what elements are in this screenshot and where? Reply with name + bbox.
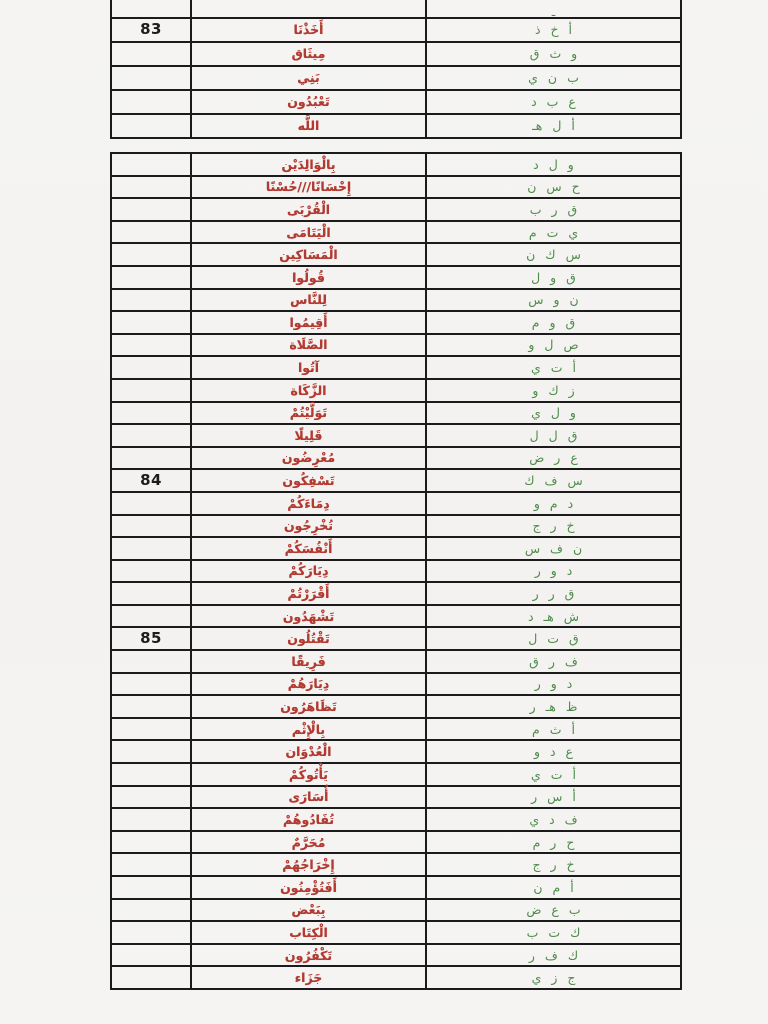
table-row: أَقِيمُواق و م [111,311,681,334]
table-row: لِلنَّاسن و س [111,289,681,312]
word-cell: لِلنَّاس [191,289,426,312]
word-cell: أَقْرَرْتُمْ [191,582,426,605]
table-row: تَوَلَّيْتُمْو ل ي [111,402,681,425]
word-cell: تَسْفِكُون [191,469,426,492]
root-cell: ق ر ر [426,582,681,605]
word-cell: الْعُدْوَان [191,740,426,763]
root-cell: أ ت ي [426,356,681,379]
root-cell: ق و ل [426,266,681,289]
verse-number-cell [111,808,191,831]
word-cell: بِبَعْض [191,899,426,922]
verse-number-cell [111,176,191,199]
table-row: دِيَارَكُمْد و ر [111,560,681,583]
verse-number-cell [111,876,191,899]
partial-top-row: ـ [111,0,681,18]
root-fragment: ـ [552,5,556,19]
root-cell: ف د ي [426,808,681,831]
verse-number-cell [111,763,191,786]
table-row: الْيَتَامَىي ت م [111,221,681,244]
word-cell: تَقْتُلُون [191,627,426,650]
verse-number-cell [111,944,191,967]
table-row: الصَّلَاةص ل و [111,334,681,357]
table-row: دِيَارَهُمْد و ر [111,673,681,696]
root-cell: ز ك و [426,379,681,402]
root-cell: ـ [426,0,681,18]
verse-number-cell [111,198,191,221]
table-row: 83أَخَذْنَاأ خ ذ [111,18,681,42]
table-row: تَظَاهَرُونظ هـ ر [111,695,681,718]
root-cell: أ س ر [426,786,681,809]
root-cell: ع ر ض [426,447,681,470]
word-cell: الْيَتَامَى [191,221,426,244]
root-cell: ع د و [426,740,681,763]
verse-number-cell [111,379,191,402]
table-row: أُسَارَىأ س ر [111,786,681,809]
root-cell: أ خ ذ [426,18,681,42]
root-cell: خ ر ج [426,515,681,538]
table-row: أَنْفُسَكُمْن ف س [111,537,681,560]
verse-number-cell [111,515,191,538]
root-cell: ب ن ي [426,66,681,90]
table-row: قُولُواق و ل [111,266,681,289]
word-cell: أَنْفُسَكُمْ [191,537,426,560]
root-cell: ظ هـ ر [426,695,681,718]
table-row: آتُواأ ت ي [111,356,681,379]
word-cell: دِمَاءَكُمْ [191,492,426,515]
word-cell: تَشْهَدُون [191,605,426,628]
table-row: مُعْرِضُونع ر ض [111,447,681,470]
root-cell: و ل د [426,153,681,176]
word-cell: الْكِتَاب [191,921,426,944]
word-cell: تُفَادُوهُمْ [191,808,426,831]
root-cell: ف ر ق [426,650,681,673]
root-cell: ص ل و [426,334,681,357]
verse-number-cell [111,921,191,944]
verse-number-cell [111,673,191,696]
verse-number-cell [111,243,191,266]
verse-number-cell [111,831,191,854]
table-row: أَفَتُؤْمِنُونأ م ن [111,876,681,899]
table-row: مِيثَاقو ث ق [111,42,681,66]
word-cell: بِالْإِثْم [191,718,426,741]
root-cell: ق و م [426,311,681,334]
verse-number-cell [111,740,191,763]
verse-number-cell [111,650,191,673]
word-cell: دِيَارَكُمْ [191,560,426,583]
word-cell: يَأْتُوكُمْ [191,763,426,786]
root-cell: أ م ن [426,876,681,899]
root-cell: خ ر ج [426,853,681,876]
vocab-table-lower: بِالْوَالِدَيْنو ل دإِحْسَانًا///حُسْنًا… [110,152,682,990]
word-cell: اللَّه [191,114,426,138]
verse-number-cell [111,153,191,176]
table-row: الْعُدْوَانع د و [111,740,681,763]
word-cell: مُحَرَّمٌ [191,831,426,854]
word-cell: أُسَارَى [191,786,426,809]
verse-number-cell [111,266,191,289]
table-row: الْكِتَابك ت ب [111,921,681,944]
verse-number-cell [111,221,191,244]
root-cell: س ف ك [426,469,681,492]
word-cell: آتُوا [191,356,426,379]
verse-number-cell [111,492,191,515]
verse-number-cell [111,114,191,138]
root-cell: ق ت ل [426,627,681,650]
word-cell [191,0,426,18]
table-row: 84تَسْفِكُونس ف ك [111,469,681,492]
root-cell: ح ر م [426,831,681,854]
verse-number-cell [111,402,191,425]
verse-number-cell [111,90,191,114]
root-cell: د و ر [426,673,681,696]
word-cell: مُعْرِضُون [191,447,426,470]
verse-number-cell [111,289,191,312]
root-cell: ي ت م [426,221,681,244]
root-cell: ن ف س [426,537,681,560]
root-cell: و ل ي [426,402,681,425]
word-cell: تَكْفُرُون [191,944,426,967]
table-row: مُحَرَّمٌح ر م [111,831,681,854]
vocab-table-upper: ـ 83أَخَذْنَاأ خ ذمِيثَاقو ث قبَنِيب ن ي… [110,0,682,139]
word-cell: الصَّلَاة [191,334,426,357]
root-cell: أ ث م [426,718,681,741]
scanned-page: ـ 83أَخَذْنَاأ خ ذمِيثَاقو ث قبَنِيب ن ي… [0,0,768,1024]
root-cell: ن و س [426,289,681,312]
root-cell: ح س ن [426,176,681,199]
table-row: تُخْرِجُونخ ر ج [111,515,681,538]
table-row: تَعْبُدُونع ب د [111,90,681,114]
verse-number-cell [111,311,191,334]
root-cell: ق ل ل [426,424,681,447]
table-row: بِالْإِثْمأ ث م [111,718,681,741]
word-cell: الزَّكَاة [191,379,426,402]
word-cell: بَنِي [191,66,426,90]
table-row: تَكْفُرُونك ف ر [111,944,681,967]
word-cell: قَلِيلًا [191,424,426,447]
verse-number-cell [111,66,191,90]
word-cell: أَخَذْنَا [191,18,426,42]
table-row: قَلِيلًاق ل ل [111,424,681,447]
verse-number-cell [111,42,191,66]
table-row: اللَّهأ ل هـ [111,114,681,138]
table-row: الْقُرْبَىق ر ب [111,198,681,221]
word-cell: تَظَاهَرُون [191,695,426,718]
root-cell: أ ت ي [426,763,681,786]
verse-number-cell [111,334,191,357]
verse-number-cell [111,582,191,605]
word-cell: إِخْرَاجُهُمْ [191,853,426,876]
vocab-table-upper-body: ـ 83أَخَذْنَاأ خ ذمِيثَاقو ث قبَنِيب ن ي… [111,0,681,138]
verse-number-cell: 85 [111,627,191,650]
root-cell: س ك ن [426,243,681,266]
root-cell: د و ر [426,560,681,583]
word-cell: تَعْبُدُون [191,90,426,114]
word-cell: قُولُوا [191,266,426,289]
word-cell: دِيَارَهُمْ [191,673,426,696]
table-row: جَزَاءج ز ي [111,966,681,989]
table-row: بَنِيب ن ي [111,66,681,90]
root-cell: ك ت ب [426,921,681,944]
table-row: فَرِيقًاف ر ق [111,650,681,673]
verse-number-cell [111,695,191,718]
table-row: تَشْهَدُونش هـ د [111,605,681,628]
verse-number-cell [111,424,191,447]
word-cell: مِيثَاق [191,42,426,66]
table-row: دِمَاءَكُمْد م و [111,492,681,515]
word-cell: أَفَتُؤْمِنُون [191,876,426,899]
vocab-table-lower-body: بِالْوَالِدَيْنو ل دإِحْسَانًا///حُسْنًا… [111,153,681,989]
word-cell: بِالْوَالِدَيْن [191,153,426,176]
root-cell: ك ف ر [426,944,681,967]
verse-number-cell [111,560,191,583]
word-cell: أَقِيمُوا [191,311,426,334]
root-cell: ش هـ د [426,605,681,628]
root-cell: أ ل هـ [426,114,681,138]
root-cell: ب ع ض [426,899,681,922]
table-row: تُفَادُوهُمْف د ي [111,808,681,831]
word-cell: تُخْرِجُون [191,515,426,538]
verse-number-cell [111,718,191,741]
root-cell: و ث ق [426,42,681,66]
table-row: بِالْوَالِدَيْنو ل د [111,153,681,176]
word-cell: الْقُرْبَى [191,198,426,221]
table-row: يَأْتُوكُمْأ ت ي [111,763,681,786]
table-row: إِحْسَانًا///حُسْنًاح س ن [111,176,681,199]
root-cell: ج ز ي [426,966,681,989]
word-cell: فَرِيقًا [191,650,426,673]
verse-number-cell [111,605,191,628]
table-row: إِخْرَاجُهُمْخ ر ج [111,853,681,876]
verse-number-cell [111,899,191,922]
verse-number-cell [111,447,191,470]
table-row: بِبَعْضب ع ض [111,899,681,922]
verse-number-cell [111,966,191,989]
table-row: الْمَسَاكِينس ك ن [111,243,681,266]
table-row: 85تَقْتُلُونق ت ل [111,627,681,650]
verse-number-cell [111,853,191,876]
word-cell: إِحْسَانًا///حُسْنًا [191,176,426,199]
verse-number-cell: 83 [111,18,191,42]
verse-number-cell [111,356,191,379]
word-cell: الْمَسَاكِين [191,243,426,266]
table-row: الزَّكَاةز ك و [111,379,681,402]
word-cell: جَزَاء [191,966,426,989]
verse-number-cell [111,537,191,560]
root-cell: د م و [426,492,681,515]
verse-number-cell [111,0,191,18]
root-cell: ع ب د [426,90,681,114]
verse-number-cell [111,786,191,809]
root-cell: ق ر ب [426,198,681,221]
word-cell: تَوَلَّيْتُمْ [191,402,426,425]
verse-number-cell: 84 [111,469,191,492]
table-row: أَقْرَرْتُمْق ر ر [111,582,681,605]
